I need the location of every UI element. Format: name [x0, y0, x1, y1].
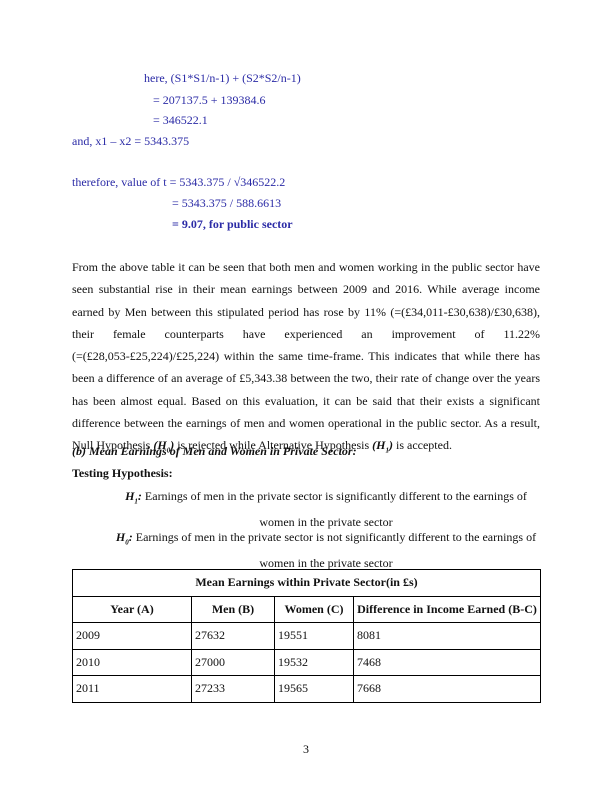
testing-hypothesis-heading: Testing Hypothesis:: [72, 466, 173, 481]
cell-women: 19565: [275, 676, 354, 703]
cell-year: 2009: [73, 623, 192, 650]
paragraph-line: their female counterparts have experienc…: [72, 323, 540, 345]
conclusion-text: is accepted.: [393, 438, 452, 452]
paragraph-line: seen substantial rise in their mean earn…: [72, 278, 540, 300]
paragraph-line: has been almost equal. Based on this eva…: [72, 390, 540, 412]
cell-difference: 7668: [354, 676, 541, 703]
column-header-women: Women (C): [275, 596, 354, 623]
table-row: 2011 27233 19565 7668: [73, 676, 541, 703]
h0-text: Earnings of men in the private sector is…: [133, 530, 536, 544]
cell-men: 27233: [192, 676, 275, 703]
private-sector-earnings-table: Mean Earnings within Private Sector(in £…: [72, 569, 541, 703]
paragraph-line: been a difference of an average of £5,34…: [72, 367, 540, 389]
column-header-year: Year (A): [73, 596, 192, 623]
h0-label: H: [116, 530, 125, 544]
calc-line-t-division: = 5343.375 / 588.6613: [172, 196, 281, 211]
cell-year: 2010: [73, 649, 192, 676]
null-hypothesis: H0: Earnings of men in the private secto…: [100, 527, 552, 573]
cell-difference: 8081: [354, 623, 541, 650]
t-value-result: = 9.07, for public sector: [172, 217, 293, 231]
cell-year: 2011: [73, 676, 192, 703]
page-number: 3: [0, 742, 612, 757]
table-row: 2010 27000 19532 7468: [73, 649, 541, 676]
h1-label: (H: [372, 438, 385, 452]
calc-line-mean-difference: and, x1 – x2 = 5343.375: [72, 134, 189, 149]
calc-line-total: = 346522.1: [153, 113, 208, 128]
column-header-men: Men (B): [192, 596, 275, 623]
alternative-hypothesis: H1: Earnings of men in the private secto…: [100, 486, 552, 532]
h1-text: Earnings of men in the private sector is…: [142, 489, 527, 503]
cell-women: 19551: [275, 623, 354, 650]
table-row: 2009 27632 19551 8081: [73, 623, 541, 650]
cell-men: 27632: [192, 623, 275, 650]
calc-line-t-formula: therefore, value of t = 5343.375 / √3465…: [72, 175, 285, 190]
h1-label: H: [125, 489, 134, 503]
analysis-paragraph: From the above table it can be seen that…: [72, 256, 540, 457]
cell-men: 27000: [192, 649, 275, 676]
paragraph-line: difference between the earnings of men a…: [72, 412, 540, 434]
column-header-difference: Difference in Income Earned (B-C): [354, 596, 541, 623]
paragraph-line: (=(£28,053-£25,224)/£25,224) within the …: [72, 345, 540, 367]
cell-difference: 7468: [354, 649, 541, 676]
table-header-row: Year (A) Men (B) Women (C) Difference in…: [73, 596, 541, 623]
table-title: Mean Earnings within Private Sector(in £…: [73, 570, 541, 597]
calc-line-t-result: = 9.07, for public sector: [172, 217, 293, 232]
paragraph-line: From the above table it can be seen that…: [72, 256, 540, 278]
calc-line-values: = 207137.5 + 139384.6: [153, 93, 266, 108]
paragraph-line: earned by Men between this stipulated pe…: [72, 301, 540, 323]
section-heading: (b) Mean Earnings of Men and Women in Pr…: [72, 444, 357, 459]
calc-line-sum-of-variances: here, (S1*S1/n-1) + (S2*S2/n-1): [144, 71, 301, 86]
cell-women: 19532: [275, 649, 354, 676]
